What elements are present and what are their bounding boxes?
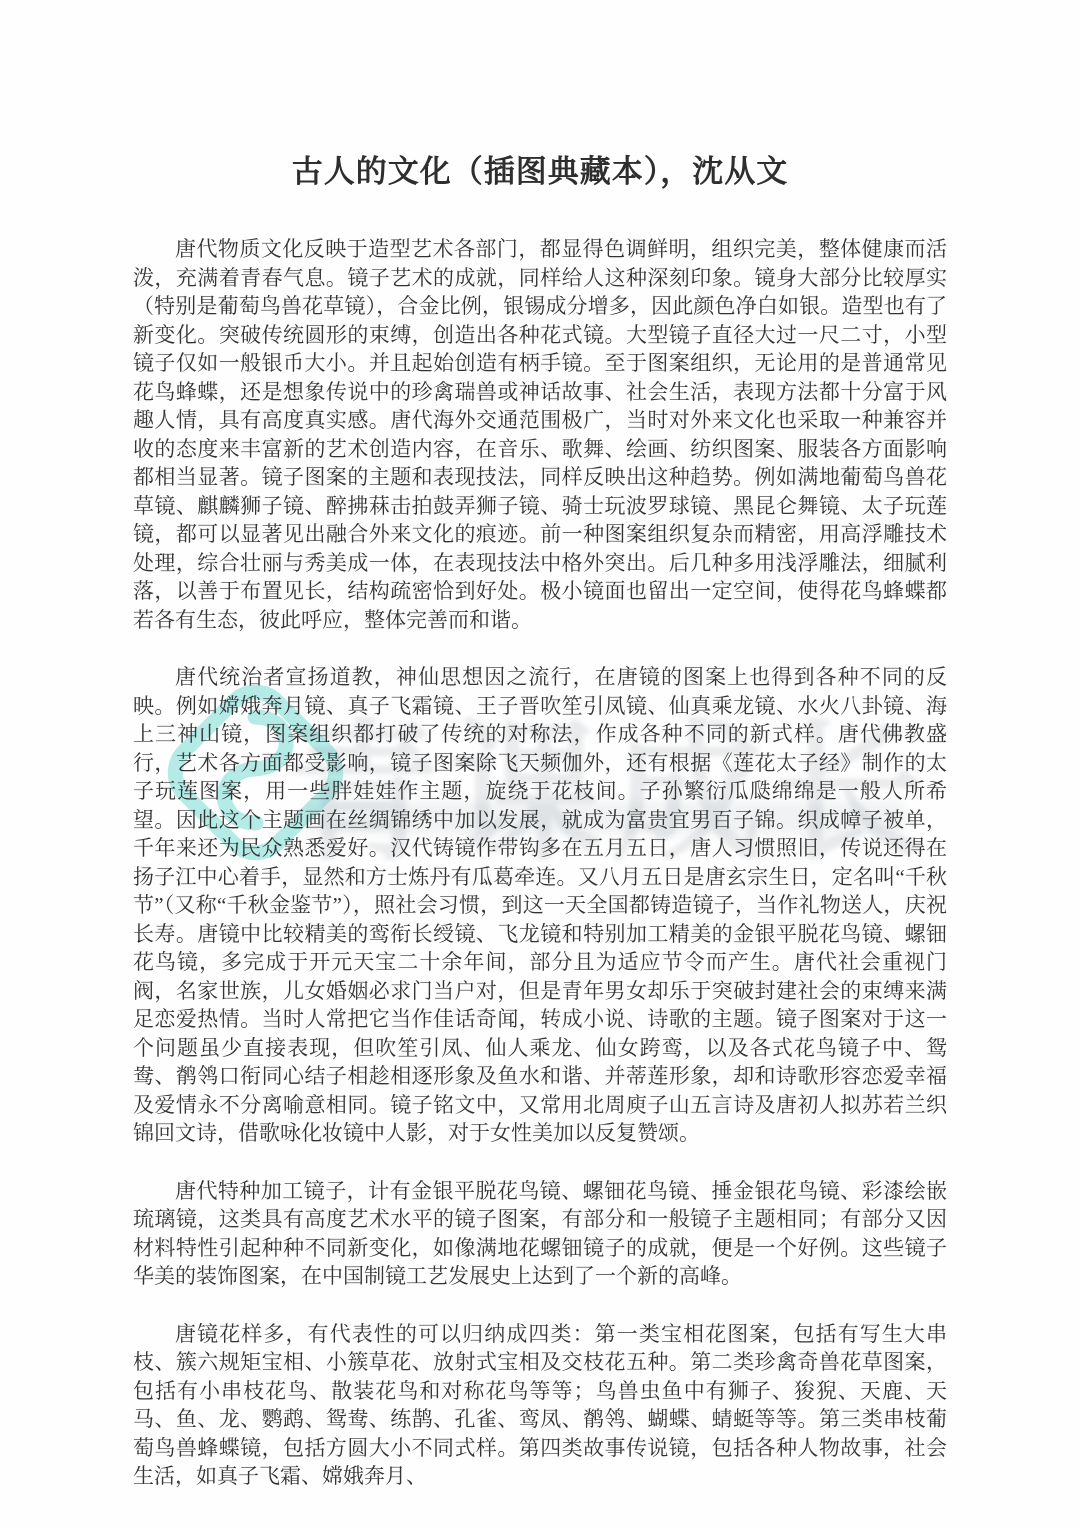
paragraph-3: 唐代特种加工镜子，计有金银平脱花鸟镜、螺钿花鸟镜、捶金银花鸟镜、彩漆绘嵌琉璃镜，… — [133, 1177, 947, 1291]
paragraph-2: 唐代统治者宣扬道教，神仙思想因之流行，在唐镜的图案上也得到各种不同的反映。例如嫦… — [133, 663, 947, 1148]
document-page: 青课成长 古人的文化（插图典藏本），沈从文 唐代物质文化反映于造型艺术各部门，都… — [0, 0, 1080, 1528]
document-content: 古人的文化（插图典藏本），沈从文 唐代物质文化反映于造型艺术各部门，都显得色调鲜… — [0, 0, 1080, 1491]
paragraph-4: 唐镜花样多，有代表性的可以归纳成四类：第一类宝相花图案，包括有写生大串枝、簇六规… — [133, 1320, 947, 1491]
document-title: 古人的文化（插图典藏本），沈从文 — [133, 146, 947, 191]
paragraph-1: 唐代物质文化反映于造型艺术各部门，都显得色调鲜明，组织完美，整体健康而活泼，充满… — [133, 235, 947, 634]
